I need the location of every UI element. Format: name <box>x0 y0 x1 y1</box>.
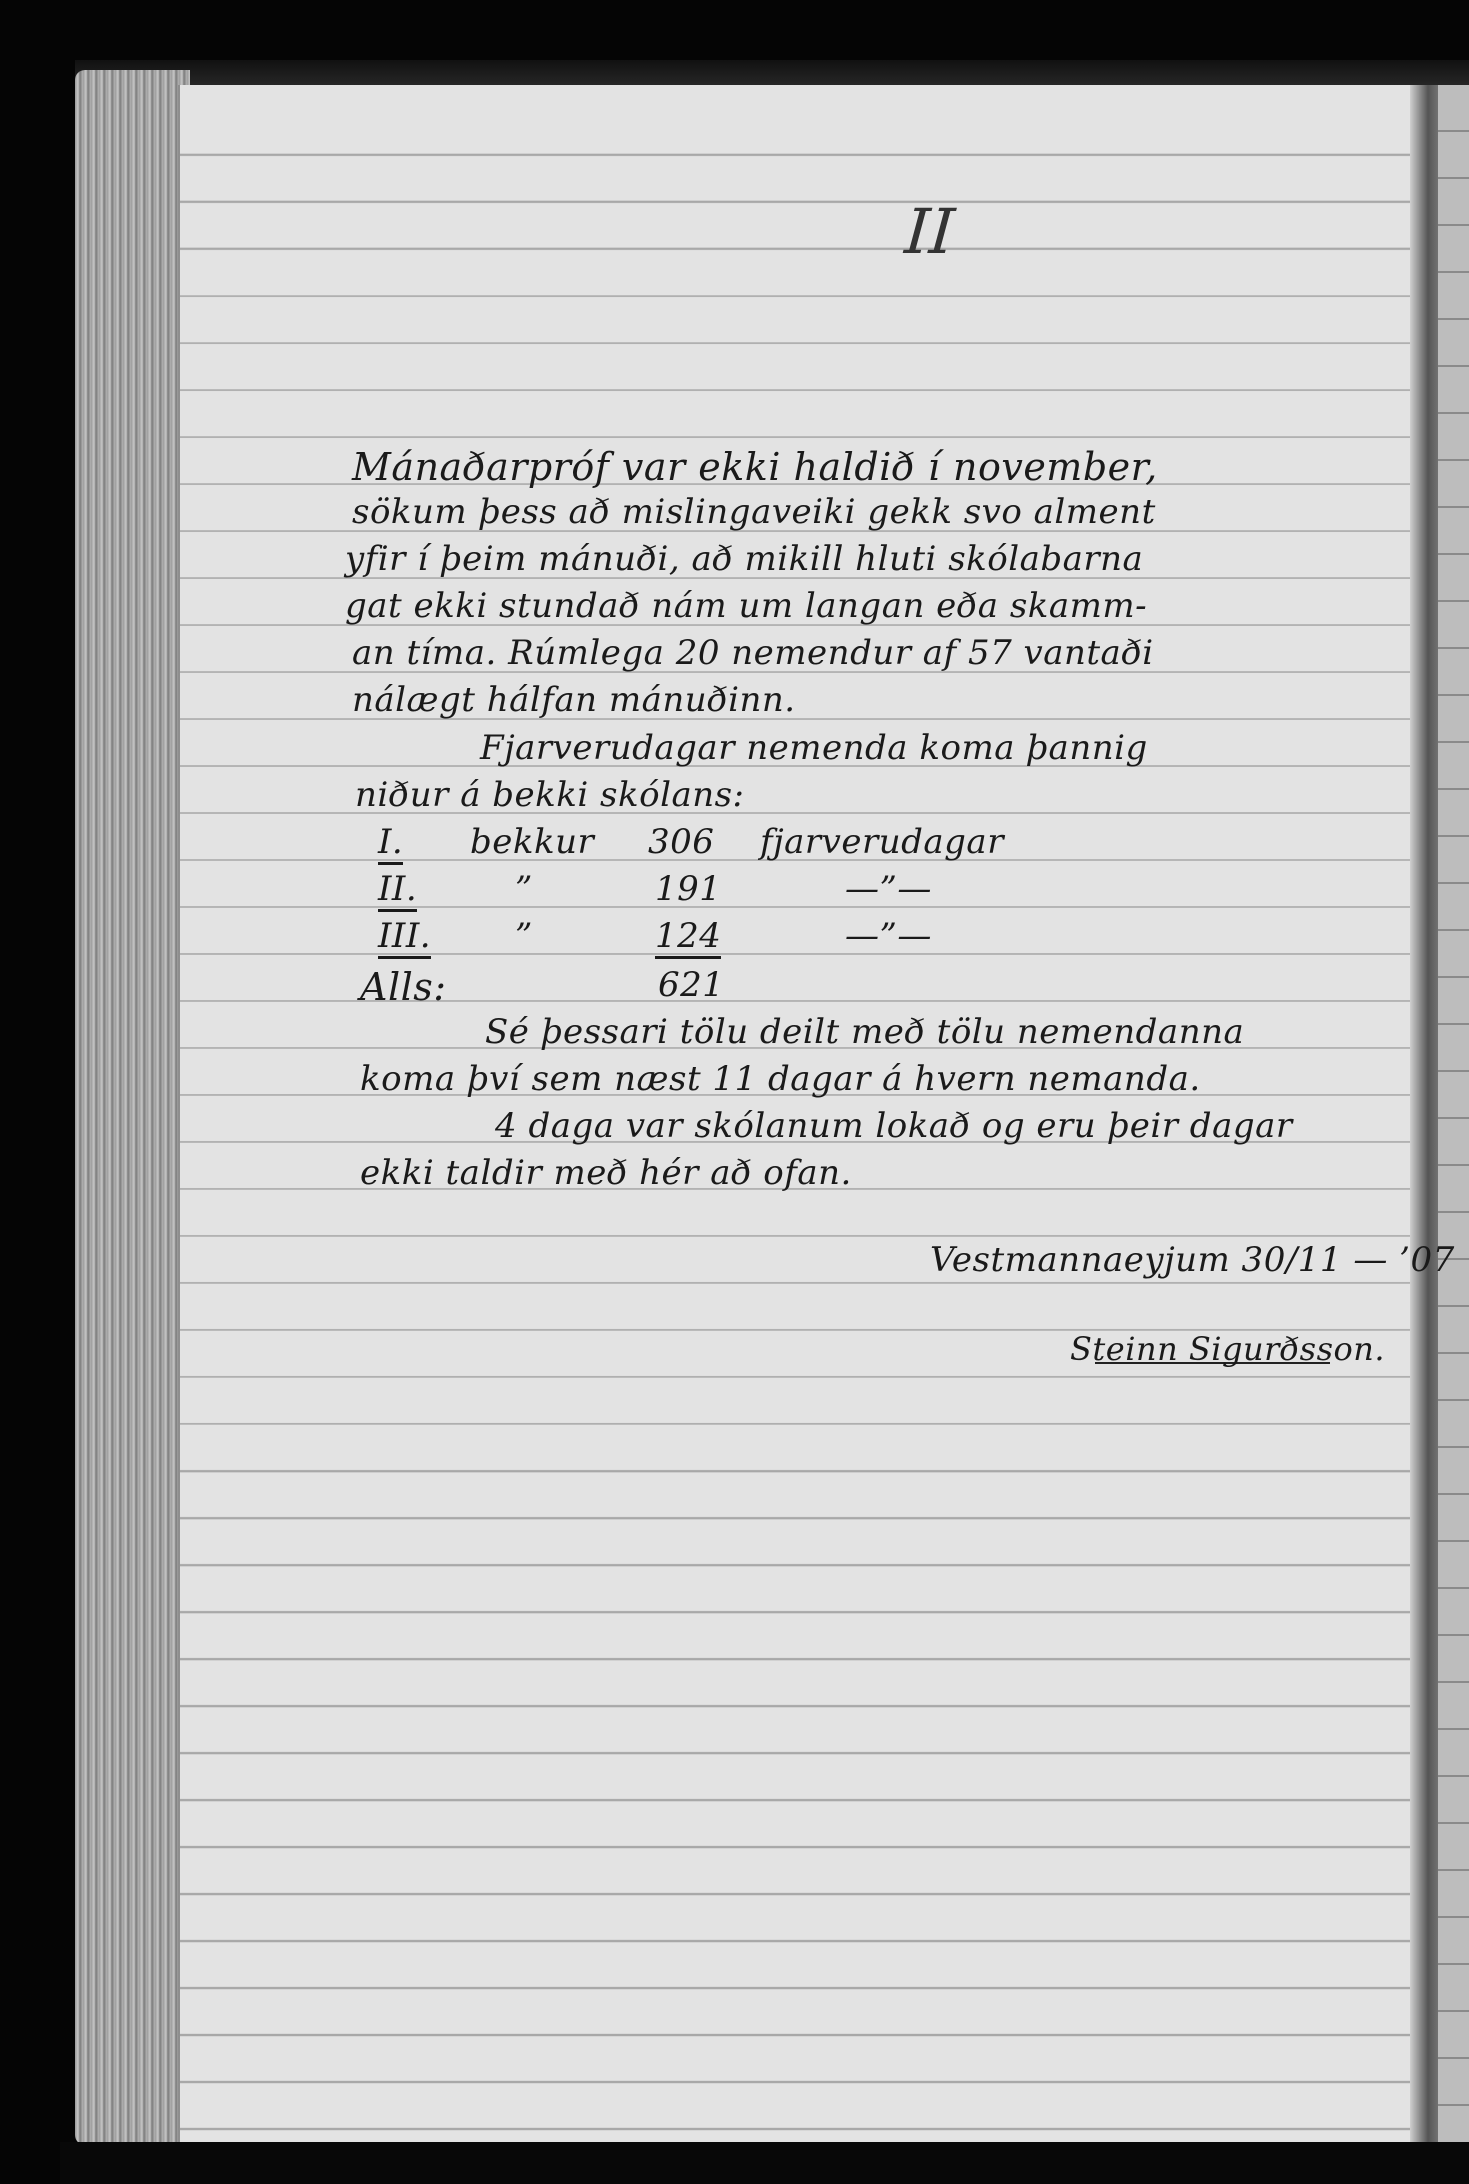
class-number: III. <box>378 916 431 959</box>
text-line: sökum þess að mislingaveiki gekk svo alm… <box>352 492 1156 532</box>
text-line: koma því sem næst 11 dagar á hvern neman… <box>360 1059 1201 1099</box>
adjacent-page-edge <box>1438 85 1469 2143</box>
text-line: ekki taldir með hér að ofan. <box>360 1153 852 1193</box>
total-label: Alls: <box>360 965 447 1009</box>
place-date: Vestmannaeyjum 30/11 — ’07 <box>930 1240 1455 1280</box>
text-line: Sé þessari tölu deilt með tölu nemendann… <box>485 1012 1244 1052</box>
text-line: yfir í þeim mánuði, að mikill hluti skól… <box>345 539 1143 579</box>
absence-days: 124 <box>655 916 721 959</box>
class-label: ” <box>515 869 533 909</box>
book-bottom-edge <box>60 2142 1469 2184</box>
text-line: Mánaðarpróf var ekki haldið í november, <box>352 445 1158 489</box>
text-line: 4 daga var skólanum lokað og eru þeir da… <box>495 1106 1293 1146</box>
absence-unit: —”— <box>845 916 932 956</box>
text-line: Fjarverudagar nemenda koma þannig <box>480 728 1148 768</box>
absence-unit: —”— <box>845 869 932 909</box>
text-line: niður á bekki skólans: <box>355 775 745 815</box>
book-page-stack <box>75 70 190 2145</box>
text-line: an tíma. Rúmlega 20 nemendur af 57 vanta… <box>352 633 1154 673</box>
total-days: 621 <box>658 965 724 1005</box>
absence-unit: fjarverudagar <box>760 822 1004 862</box>
text-line: gat ekki stundað nám um langan eða skamm… <box>345 586 1147 626</box>
class-label: ” <box>515 916 533 956</box>
text-line: nálægt hálfan mánuðinn. <box>352 680 796 720</box>
class-number: I. <box>378 822 403 865</box>
absence-days: 306 <box>648 822 714 862</box>
book-gutter <box>1410 85 1440 2143</box>
class-label: bekkur <box>470 822 594 862</box>
absence-days: 191 <box>655 869 721 909</box>
signature: Steinn Sigurðsson. <box>1070 1330 1385 1368</box>
class-number: II. <box>378 869 417 912</box>
